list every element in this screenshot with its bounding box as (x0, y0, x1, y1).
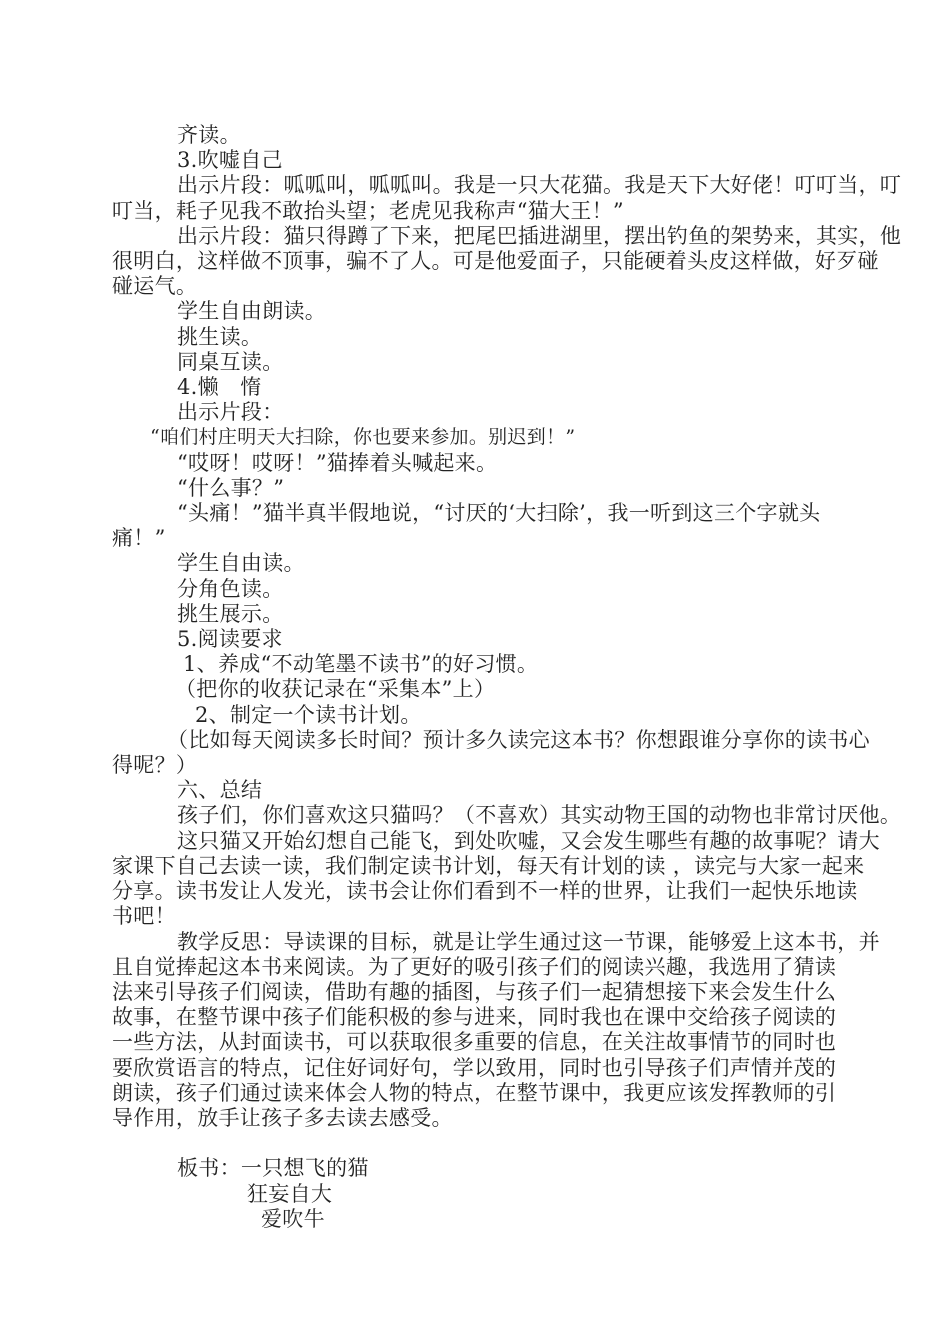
text-line: 挑生读。 (112, 325, 872, 350)
text-line: 且自觉捧起这本书来阅读。为了更好的吸引孩子们的阅读兴趣，我选用了猜读 (112, 955, 872, 980)
text-line: “咱们村庄明天大扫除，你也要来参加。别迟到！” (112, 425, 872, 450)
text-line: 出示片段：呱呱叫，呱呱叫。我是一只大花猫。我是天下大好佬！叮叮当，叮 (112, 173, 872, 198)
text-line: “头痛！”猫半真半假地说，“讨厌的‘大扫除’，我一听到这三个字就头 (112, 501, 872, 526)
text-line: 书吧！ (112, 904, 872, 929)
text-line: 痛！” (112, 526, 872, 551)
text-line: 导作用，放手让孩子多去读去感受。 (112, 1106, 872, 1131)
text-line: 4.懒 惰 (112, 375, 872, 400)
text-line: 板书：一只想飞的猫 (112, 1156, 872, 1181)
text-line: 挑生展示。 (112, 602, 872, 627)
text-line: （把你的收获记录在“采集本”上） (112, 677, 872, 702)
text-line: 这只猫又开始幻想自己能飞，到处吹嘘，又会发生哪些有趣的故事呢？请大 (112, 829, 872, 854)
text-line: （比如每天阅读多长时间？预计多久读完这本书？你想跟谁分享你的读书心 (112, 728, 872, 753)
text-line: 法来引导孩子们阅读，借助有趣的插图，与孩子们一起猜想接下来会发生什么 (112, 980, 872, 1005)
text-line: 教学反思：导读课的目标，就是让学生通过这一节课，能够爱上这本书，并 (112, 930, 872, 955)
text-line: 齐读。 (112, 123, 872, 148)
document-page: 齐读。3.吹嘘自己出示片段：呱呱叫，呱呱叫。我是一只大花猫。我是天下大好佬！叮叮… (0, 0, 950, 1344)
text-line: 叮当，耗子见我不敢抬头望；老虎见我称声“猫大王！” (112, 199, 872, 224)
text-line: 分享。读书发让人发光，读书会让你们看到不一样的世界，让我们一起快乐地读 (112, 879, 872, 904)
text-line: 要欣赏语言的特点，记住好词好句，学以致用，同时也引导孩子们声情并茂的 (112, 1056, 872, 1081)
text-line: 出示片段：猫只得蹲了下来，把尾巴插进湖里，摆出钓鱼的架势来，其实，他 (112, 224, 872, 249)
blank-line (112, 1131, 872, 1156)
text-line: “哎呀！哎呀！”猫捧着头喊起来。 (112, 451, 872, 476)
text-line: 爱吹牛 (112, 1207, 872, 1232)
text-line: 学生自由读。 (112, 551, 872, 576)
text-line: 得呢？） (112, 753, 872, 778)
text-line: “什么事？” (112, 476, 872, 501)
text-line: 狂妄自大 (112, 1182, 872, 1207)
document-body: 齐读。3.吹嘘自己出示片段：呱呱叫，呱呱叫。我是一只大花猫。我是天下大好佬！叮叮… (112, 123, 872, 1232)
text-line: 孩子们，你们喜欢这只猫吗？（不喜欢）其实动物王国的动物也非常讨厌他。 (112, 803, 872, 828)
text-line: 六、总结 (112, 778, 872, 803)
text-line: 家课下自己去读一读，我们制定读书计划，每天有计划的读 ，读完与大家一起来 (112, 854, 872, 879)
text-line: 5.阅读要求 (112, 627, 872, 652)
text-line: 故事，在整节课中孩子们能积极的参与进来，同时我也在课中交给孩子阅读的 (112, 1005, 872, 1030)
text-line: 同桌互读。 (112, 350, 872, 375)
text-line: 2、制定一个读书计划。 (112, 703, 872, 728)
text-line: 学生自由朗读。 (112, 299, 872, 324)
text-line: 朗读，孩子们通过读来体会人物的特点，在整节课中，我更应该发挥教师的引 (112, 1081, 872, 1106)
text-line: 一些方法，从封面读书，可以获取很多重要的信息，在关注故事情节的同时也 (112, 1030, 872, 1055)
text-line: 1、养成“不动笔墨不读书”的好习惯。 (112, 652, 872, 677)
text-line: 3.吹嘘自己 (112, 148, 872, 173)
text-line: 分角色读。 (112, 577, 872, 602)
text-line: 碰运气。 (112, 274, 872, 299)
text-line: 很明白，这样做不顶事，骗不了人。可是他爱面子，只能硬着头皮这样做，好歹碰 (112, 249, 872, 274)
text-line: 出示片段： (112, 400, 872, 425)
